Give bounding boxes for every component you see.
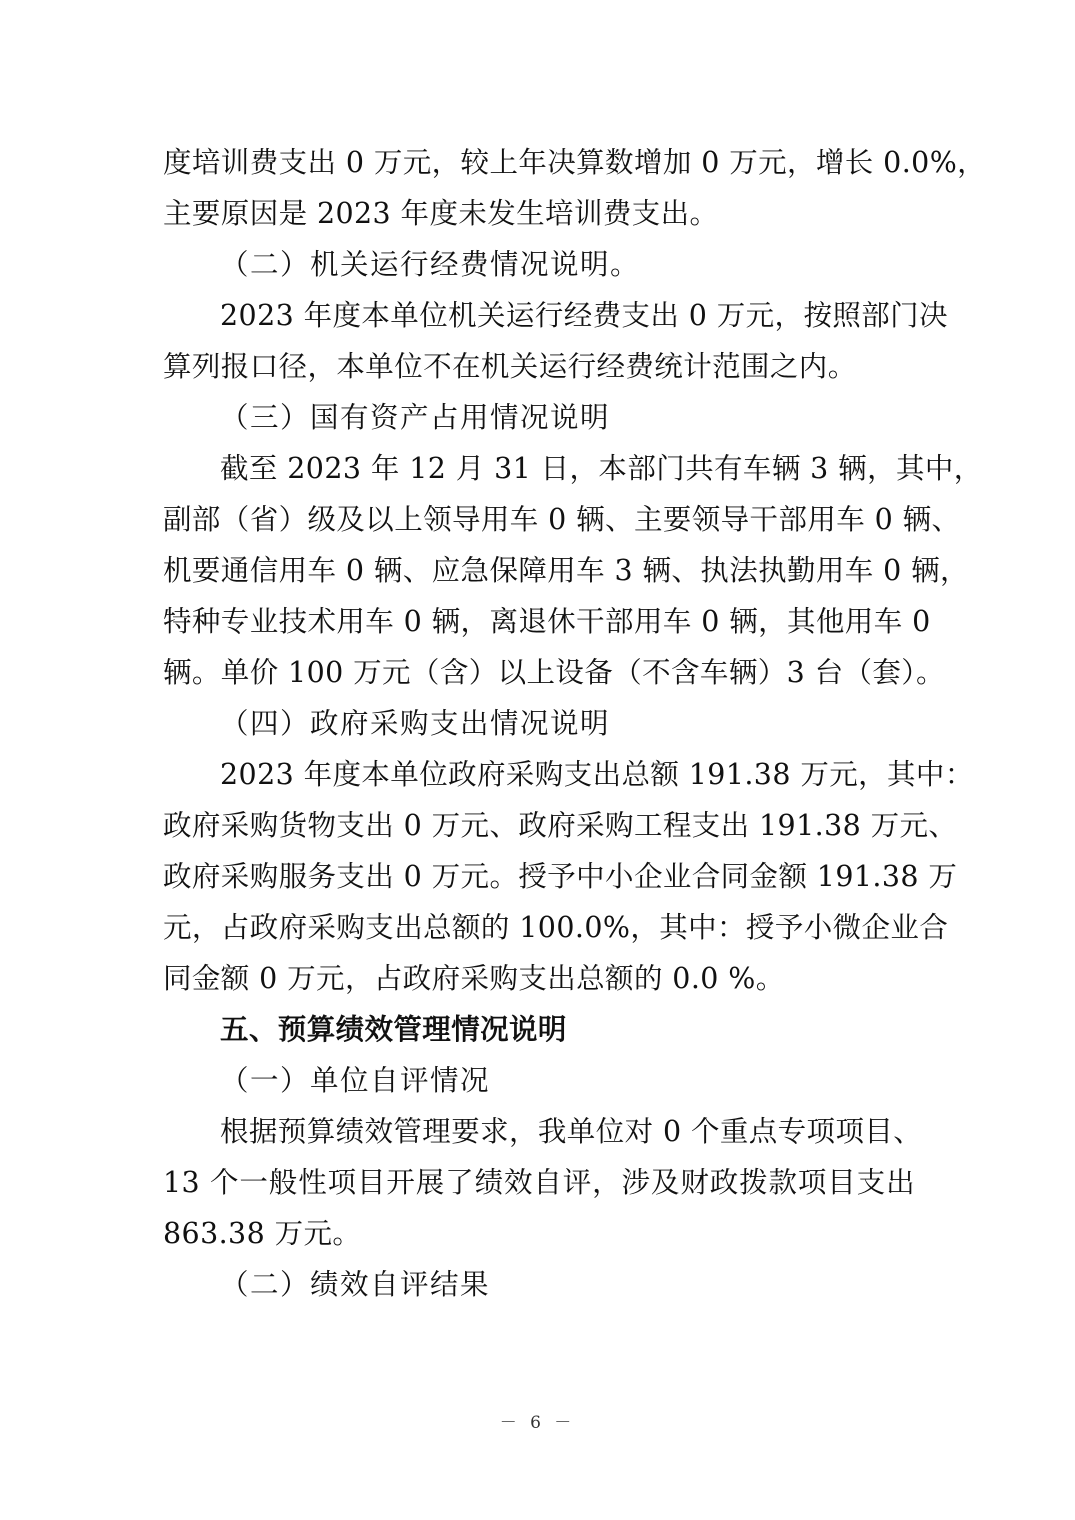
paragraph-line: 主要原因是 2023 年度未发生培训费支出。 [163, 188, 915, 239]
section-subheading: （一）单位自评情况 [163, 1055, 915, 1106]
paragraph-line: 同金额 0 万元，占政府采购支出总额的 0.0 %。 [163, 953, 915, 1004]
document-page: 度培训费支出 0 万元，较上年决算数增加 0 万元，增长 0.0%， 主要原因是… [163, 137, 915, 1310]
section-subheading: （二）绩效自评结果 [163, 1259, 915, 1310]
paragraph-line: 2023 年度本单位政府采购支出总额 191.38 万元，其中： [163, 749, 915, 800]
page-number: － 6 － [0, 1408, 1075, 1433]
paragraph-line: 特种专业技术用车 0 辆，离退休干部用车 0 辆，其他用车 0 [163, 596, 915, 647]
paragraph-line: 副部（省）级及以上领导用车 0 辆、主要领导干部用车 0 辆、 [163, 494, 915, 545]
paragraph-line: 2023 年度本单位机关运行经费支出 0 万元，按照部门决 [163, 290, 915, 341]
paragraph-line: 算列报口径，本单位不在机关运行经费统计范围之内。 [163, 341, 915, 392]
paragraph-line: 863.38 万元。 [163, 1208, 915, 1259]
paragraph-line: 根据预算绩效管理要求，我单位对 0 个重点专项项目、 [163, 1106, 915, 1157]
section-subheading: （四）政府采购支出情况说明 [163, 698, 915, 749]
paragraph-line: 政府采购货物支出 0 万元、政府采购工程支出 191.38 万元、 [163, 800, 915, 851]
section-heading: 五、预算绩效管理情况说明 [163, 1004, 915, 1055]
paragraph-line: 13 个一般性项目开展了绩效自评，涉及财政拨款项目支出 [163, 1157, 915, 1208]
paragraph-line: 辆。单价 100 万元（含）以上设备（不含车辆）3 台（套）。 [163, 647, 915, 698]
paragraph-line: 政府采购服务支出 0 万元。授予中小企业合同金额 191.38 万 [163, 851, 915, 902]
section-subheading: （三）国有资产占用情况说明 [163, 392, 915, 443]
paragraph-line: 元，占政府采购支出总额的 100.0%，其中：授予小微企业合 [163, 902, 915, 953]
paragraph-line: 截至 2023 年 12 月 31 日，本部门共有车辆 3 辆，其中， [163, 443, 915, 494]
section-subheading: （二）机关运行经费情况说明。 [163, 239, 915, 290]
paragraph-line: 机要通信用车 0 辆、应急保障用车 3 辆、执法执勤用车 0 辆， [163, 545, 915, 596]
paragraph-line: 度培训费支出 0 万元，较上年决算数增加 0 万元，增长 0.0%， [163, 137, 915, 188]
